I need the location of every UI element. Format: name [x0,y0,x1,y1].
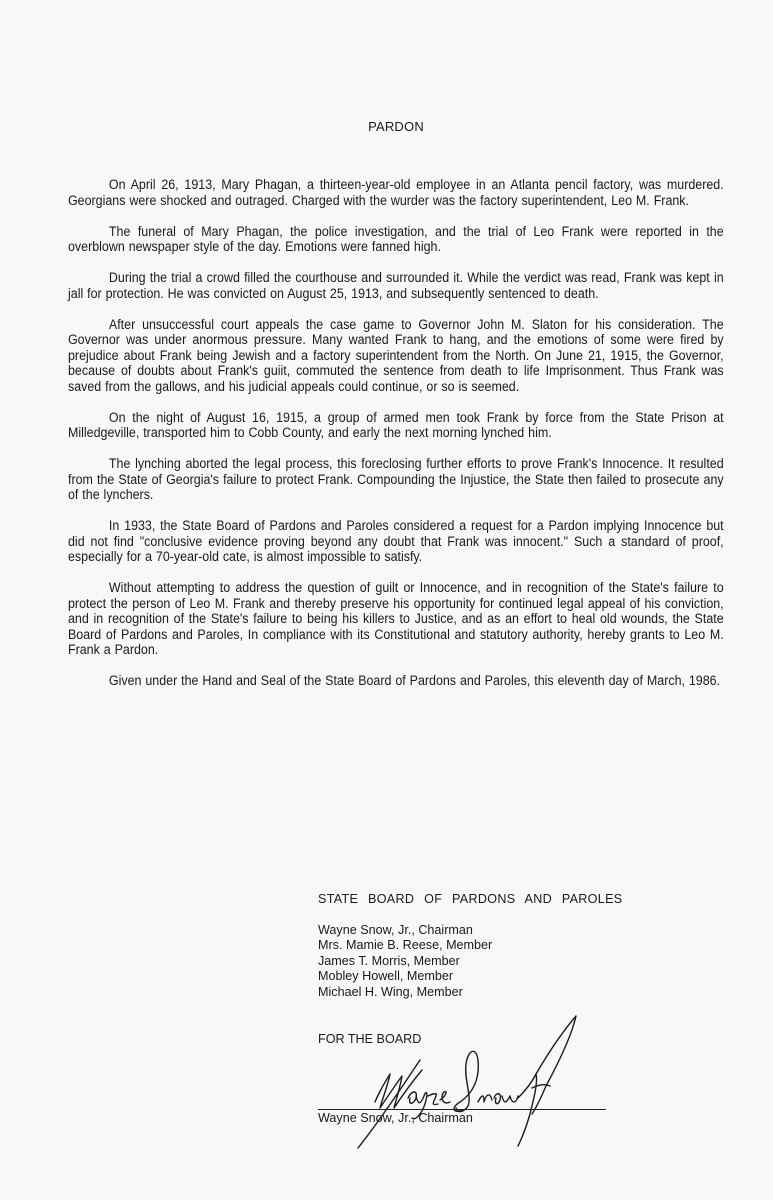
paragraph-lynching: On the night of August 16, 1915, a group… [68,410,724,441]
paragraph-funeral: The funeral of Mary Phagan, the police i… [68,224,724,255]
board-member: Wayne Snow, Jr., Chairman [318,923,622,939]
paragraph-aborted-process: The lynching aborted the legal process, … [68,456,724,503]
board-heading: STATE BOARD OF PARDONS AND PAROLES [318,892,622,908]
board-block: STATE BOARD OF PARDONS AND PAROLES Wayne… [318,892,622,1000]
paragraph-commutation: After unsuccessful court appeals the cas… [68,317,724,395]
paragraph-1933-request: In 1933, the State Board of Pardons and … [68,518,724,565]
paragraph-trial: During the trial a crowd filled the cour… [68,270,724,301]
signer-name: Wayne Snow, Jr., Chairman [318,1111,473,1125]
board-member: Mobley Howell, Member [318,969,622,985]
signature-line [318,1109,606,1110]
board-member: James T. Morris, Member [318,954,622,970]
paragraph-murder: On April 26, 1913, Mary Phagan, a thirte… [68,177,724,208]
board-member: Mrs. Mamie B. Reese, Member [318,938,622,954]
paragraph-pardon-grant: Without attempting to address the questi… [68,580,724,658]
handwritten-signature [350,1010,650,1150]
document-title: PARDON [68,119,724,134]
board-member: Michael H. Wing, Member [318,985,622,1001]
paragraph-given-under-seal: Given under the Hand and Seal of the Sta… [68,673,724,689]
document-body: On April 26, 1913, Mary Phagan, a thirte… [68,177,724,704]
